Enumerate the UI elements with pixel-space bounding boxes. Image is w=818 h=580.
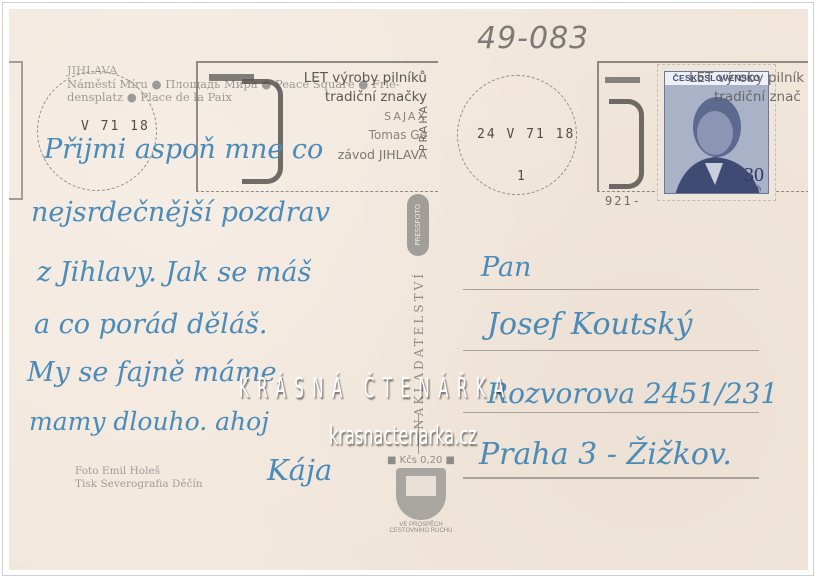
message-line-1: Přijmi aspoň mne co [44,134,323,165]
stamp-value: 30 [744,164,764,187]
slogan-text-2: LET výroby pilník tradiční znač [689,69,807,107]
postmark-office-2: 1 [517,169,527,184]
cancellation-number-1-bar [209,74,254,81]
printed-postage-motto: VE PROSPĚCH CESTOVNÍHO RUCHU [381,522,461,534]
postcard-back: JIHLAVA Náměstí Míru ● Площадь Мира ● Pe… [9,9,808,570]
stamp-unit: h [757,184,761,193]
printed-postage-value: ■ Kčs 0,20 ■ [381,455,461,466]
cancellation-number-2-bar [605,77,640,83]
address-rule-3 [463,412,759,413]
address-line-3: Rozvorova 2451/231 [487,377,778,410]
address-line-2: Josef Koutský [487,307,692,342]
message-line-2: nejsrdečnější pozdrav [31,197,330,228]
slogan-vertical-city-1: PRAHA [417,104,430,151]
message-line-6: mamy dlouho. ahoj [29,407,269,436]
address-rule-4 [463,477,759,479]
address-line-1: Pan [481,252,531,283]
postmark-date-1: V 71 18 [81,119,150,134]
message-line-4: a co porád děláš. [34,309,267,340]
printed-postage-badge: ■ Kčs 0,20 ■ VE PROSPĚCH CESTOVNÍHO RUCH… [381,455,461,534]
castle-shield-icon [396,468,446,520]
credit-photo: Foto Emil Holeš [75,465,203,478]
photo-credits: Foto Emil Holeš Tisk Severografia Děčín [75,465,203,491]
watermark-url: krasnactenarka.cz [329,421,477,451]
address-rule-2 [463,350,759,351]
postal-code-fragment: 921- [605,194,642,208]
postmark-date-2: 24 V 71 18 [477,127,575,142]
address-line-4: Praha 3 - Žižkov. [479,437,732,472]
watermark-title: KRÁSNÁ ČTENÁŘKA [239,371,513,404]
inventory-number: 49-083 [477,21,589,56]
cancellation-number-2 [609,99,644,189]
address-rule-1 [463,289,759,290]
publisher-label: NAKLADATELSTVÍ [412,271,426,430]
credit-print: Tisk Severografia Děčín [75,478,203,491]
message-signature: Kája [267,453,332,487]
pressfoto-logo: PRESSFOTO [407,194,429,256]
cancellation-number-1 [242,79,283,184]
partial-cancellation-left [9,61,23,200]
message-line-3: z Jihlavy. Jak se máš [37,257,311,288]
